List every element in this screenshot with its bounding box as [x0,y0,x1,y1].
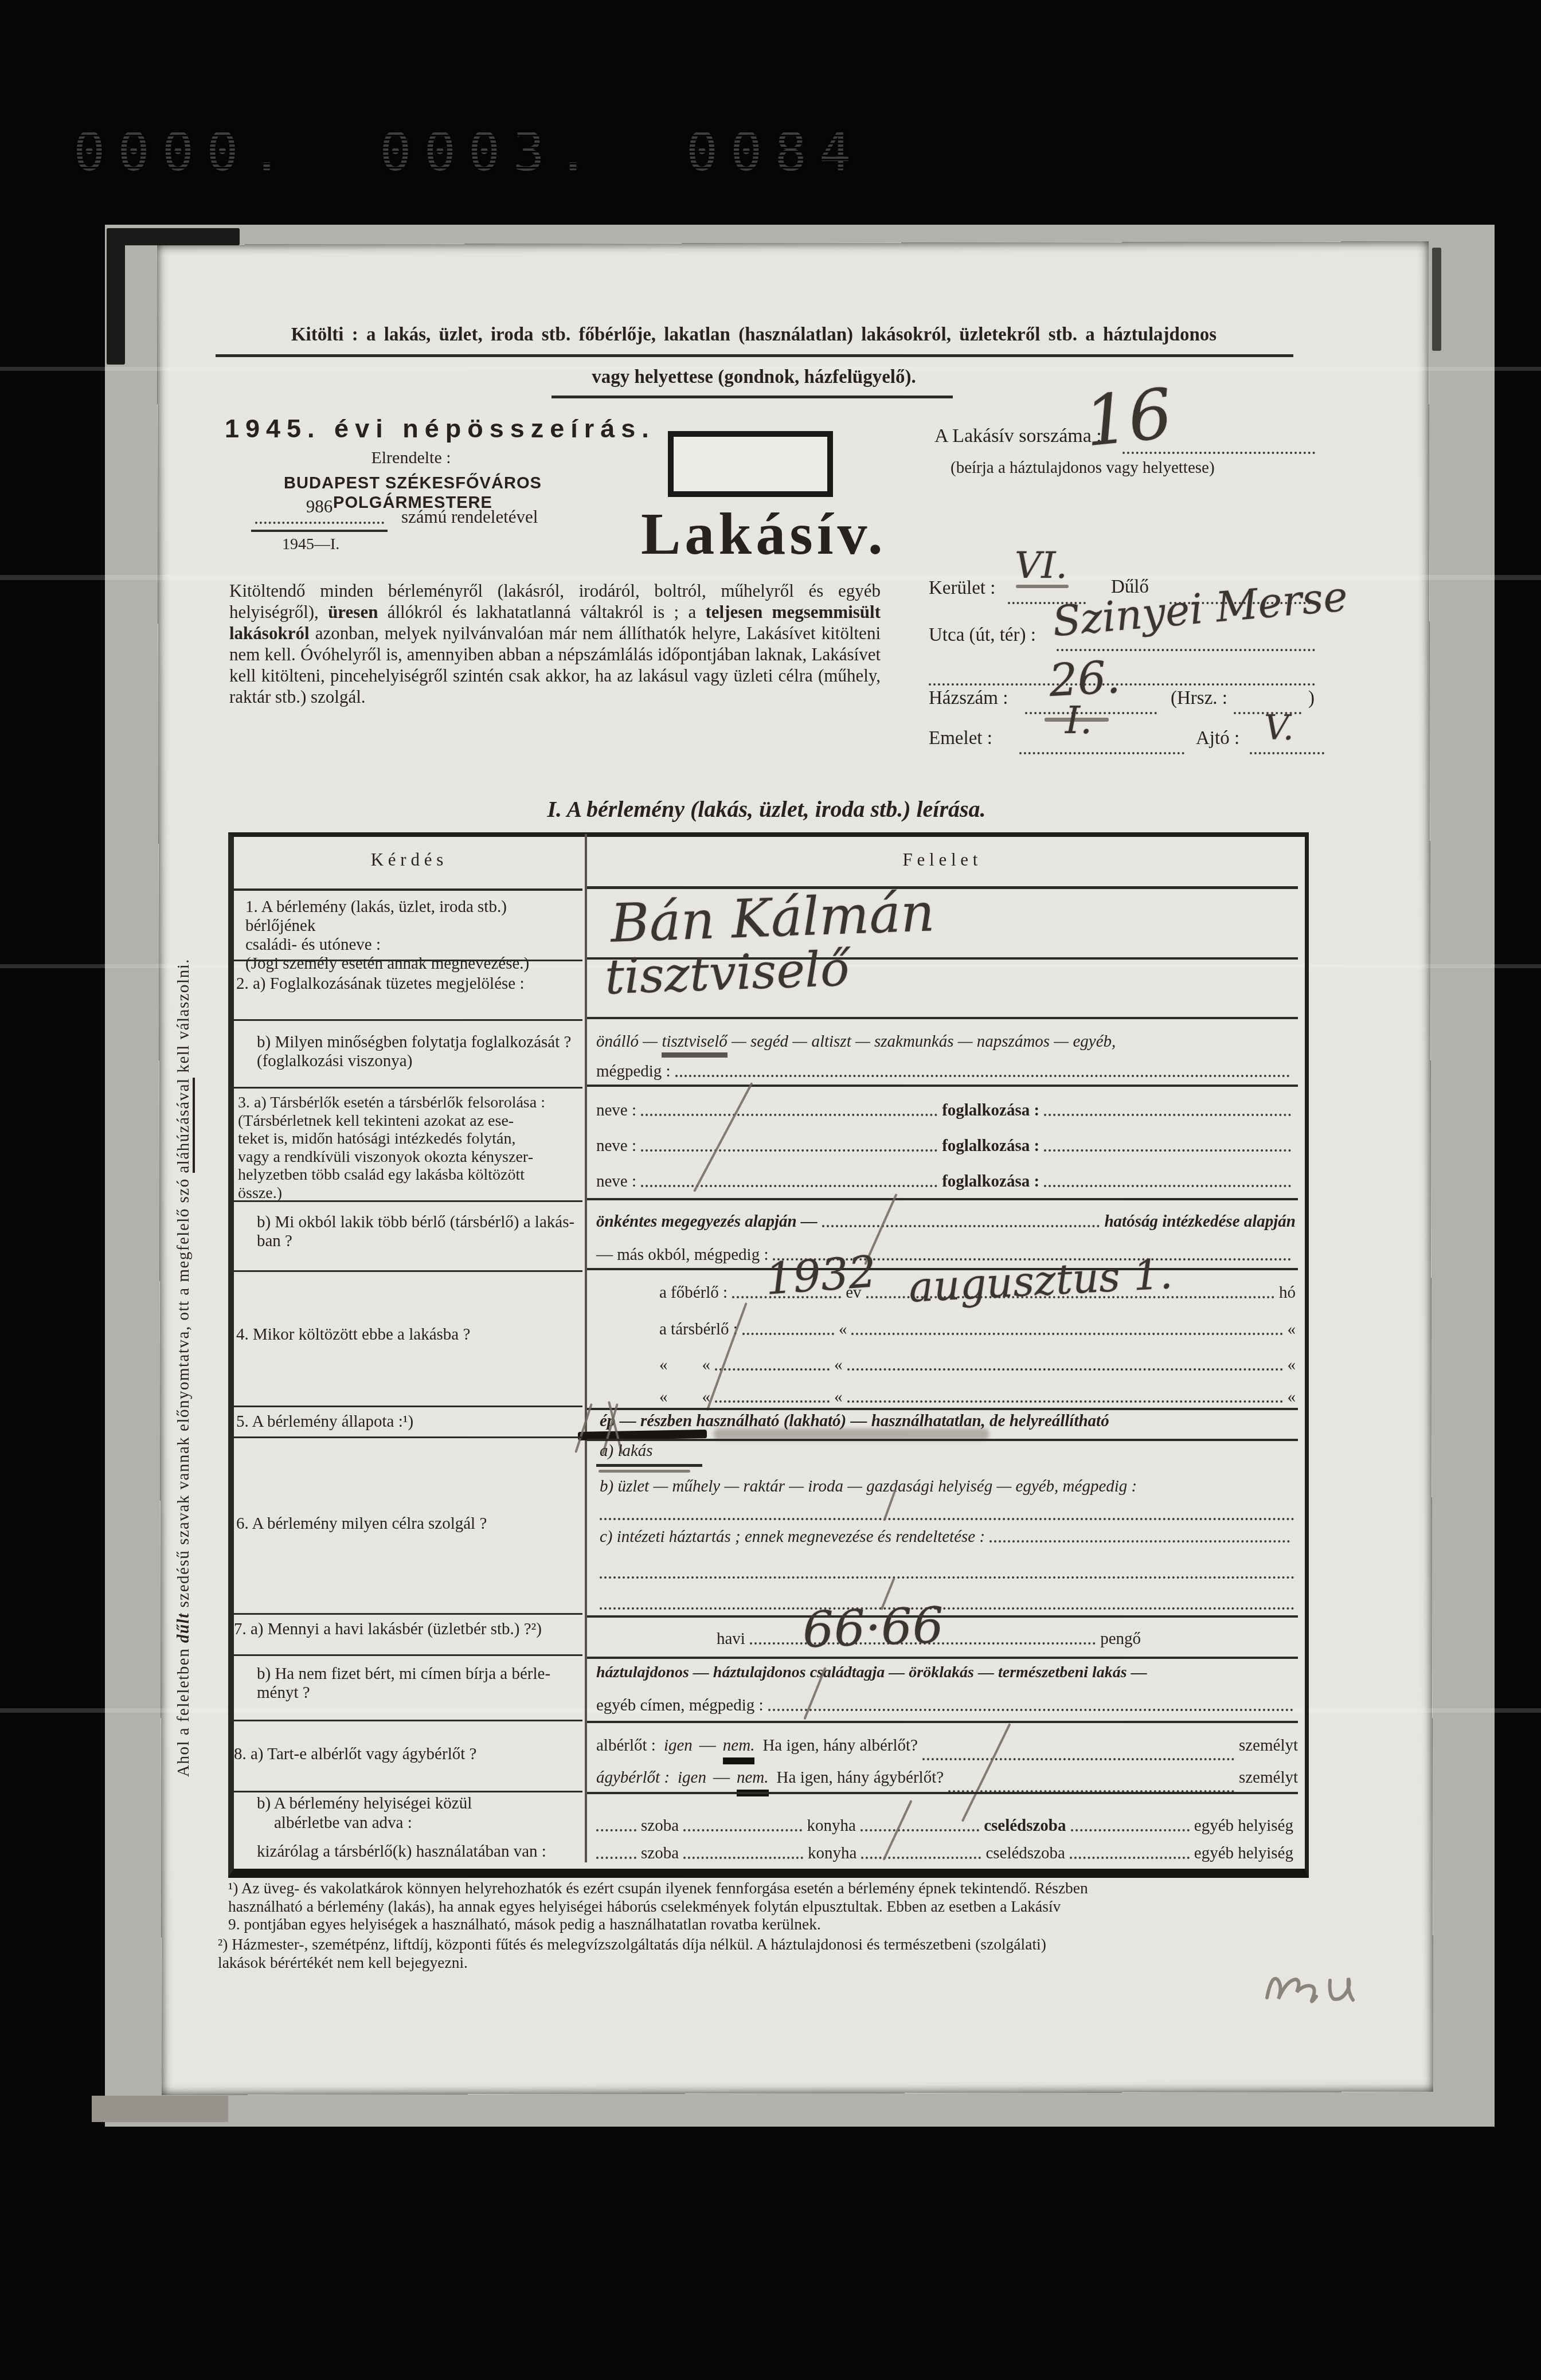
intro-bold-uresen: üresen [328,602,378,622]
instruction-line-1: Kitölti : a lakás, üzlet, iroda stb. főb… [212,324,1296,346]
table-rule [587,1657,1298,1659]
q8b-line2: albérletbe van adva : [274,1814,584,1833]
q3b-reason-multiple-tenants: b) Mi okból lakik több bérlő (társbérlő)… [257,1213,584,1251]
intro-text: azonban, melyek nyilvánvalóan már nem ál… [229,623,881,707]
a4-cotenant-row-1: a társbérlő :«« [659,1320,1296,1339]
a5-option-unusable: használhatatlan, de helyreállítható [871,1412,1109,1430]
table-rule [587,1017,1298,1019]
a8b-cotenant-rooms-row: szobakonyhacselédszobaegyéb helyiség [596,1843,1293,1863]
a6-lakas-underline [596,1464,702,1467]
a2b-megpedig-label: mégpedig : [596,1062,671,1081]
district-underline-pencil [1016,585,1069,588]
a4-cotenant-row-2: «««« [659,1355,1296,1375]
instruction-underline-2 [552,396,953,398]
a8a-subtenant-row: albérlőt :igen—nem.Ha igen, hány albérlő… [596,1736,1298,1764]
dotted-fill [1071,1828,1190,1831]
a8b-konyha: konyha [808,1843,856,1863]
dotted-fill [675,1074,1290,1077]
a8b-sublet-rooms-row: szobakonyhacselédszobaegyéb helyiség [596,1816,1293,1835]
intro-text: állókról és lakhatatlanná váltakról is ;… [378,602,705,622]
a5-dash: — [850,1412,867,1430]
a2a-occupation-handwritten: tisztviselő [604,941,850,1005]
a8a-dash: — [699,1736,716,1755]
corner-mark-vertical [107,228,125,365]
table-rule [230,1270,582,1272]
hrsz-label: (Hrsz. : [1171,688,1227,709]
side-note-text: Ahol a feleletben [174,1643,193,1777]
decree-dotted-line [255,522,384,524]
a7a-havi-label: havi [717,1629,745,1649]
name-label: neve : [596,1172,636,1191]
table-rule [587,886,1298,889]
dotted-fill [989,1539,1290,1543]
footnote-1: ¹) Az üveg- és vakolatkárok könnyen hely… [228,1879,1332,1933]
q3a-cotenants: 3. a) Társbérlők esetén a társbérlők fel… [238,1094,577,1202]
a7a-pengo-label: pengő [1100,1629,1141,1649]
a7b-options: háztulajdonos — háztulajdonos családtagj… [596,1663,1298,1682]
ditto-mark: « [702,1355,711,1375]
ditto-mark: « [839,1320,847,1339]
ditto-mark: « [659,1387,668,1407]
a2b-option-text: önálló — [596,1032,662,1051]
decree-number: 986 [259,496,380,517]
serial-label: A Lakásív sorszáma : [934,425,1102,447]
a8a-igen: igen [678,1768,706,1787]
district-label: Kerület : [929,578,995,599]
a4-cotenant-label: a társbérlő : [659,1320,738,1339]
table-header-question: K é r d é s [247,850,568,870]
a3b-options-row: önkéntes megegyezés alapján —hatóság int… [596,1212,1296,1231]
a7b-other-label: egyéb címen, mégpedig : [596,1696,764,1715]
dotted-fill [861,1828,979,1831]
decree-label: számú rendeletével [401,507,538,527]
dotted-fill [1070,1856,1190,1859]
table-rule [587,1085,1298,1087]
a8a-person-label: személyt [1239,1768,1298,1787]
intro-paragraph: Kitöltendő minden bérleményről (lakásról… [229,580,881,707]
pencil-smudge-underline [714,1428,989,1440]
a2b-megpedig-row: mégpedig : [596,1062,1294,1081]
a7b-other-row: egyéb címen, mégpedig : [596,1696,1298,1715]
a5-options: ép — részben használható (lakható) — has… [600,1411,1298,1431]
dotted-fill [768,1708,1293,1711]
form-title: Lakásív. [641,500,887,568]
street-label: Utca (út, tér) : [929,625,1036,646]
a3a-cotenant-row-1: neve :foglalkozása : [596,1101,1296,1120]
floor-value-handwritten: I. [1065,698,1092,742]
q2b-occupation-status: b) Milyen minőségben folytatja foglalkoz… [257,1033,581,1071]
a8b-egyeb-helyiseg: egyéb helyiség [1194,1816,1293,1835]
ditto-mark: « [1288,1355,1296,1375]
table-rule [587,1439,1298,1441]
a8b-egyeb-helyiseg: egyéb helyiség [1194,1843,1293,1863]
dotted-fill [596,1828,636,1831]
a6-option-b: b) üzlet — műhely — raktár — iroda — gaz… [600,1477,1298,1496]
a8b-szoba: szoba [641,1843,679,1863]
dotted-fill [851,1332,1282,1335]
a2b-selected-tisztviselo: tisztviselő [662,1032,727,1058]
dotted-fill [822,1224,1100,1227]
street-continuation-dotted [929,683,1315,686]
ditto-mark: « [1288,1387,1296,1407]
a2b-option-text: — segéd — altiszt — szakmunkás — napszám… [728,1032,1116,1051]
a8a-dash: — [713,1768,730,1787]
table-rule [587,1198,1298,1200]
door-label: Ajtó : [1196,728,1239,749]
dotted-fill [641,1148,937,1152]
q8b-line1: b) A bérlemény helyiségei közül [257,1794,584,1813]
side-note-text: szedésű szavak vannak előnyomtatva, ott … [174,1173,193,1613]
a4-year-handwritten: 1932 [764,1246,878,1304]
ditto-mark: « [1288,1320,1296,1339]
dotted-fill [641,1184,937,1187]
a3b-option-authority: hatóság intézkedése alapján [1104,1212,1296,1231]
a5-option-partly-usable: részben használható (lakható) [640,1412,846,1430]
dotted-fill [847,1367,1283,1371]
house-number-label: Házszám : [929,688,1008,709]
table-rule [230,960,582,961]
a6-option-c-row: c) intézeti háztartás ; ennek megnevezés… [600,1527,1294,1547]
dotted-fill [922,1757,1234,1760]
a8b-cseledszoba: cselédszoba [984,1816,1066,1835]
a8a-igen: igen [664,1736,693,1755]
table-rule [230,1654,582,1656]
table-rule [587,1408,1298,1410]
table-rule [587,1792,1298,1794]
census-title: 1945. évi népösszeírás. [225,414,655,444]
dotted-fill [683,1828,802,1831]
street-dotted [1057,649,1315,651]
dotted-fill [742,1332,834,1335]
dotted-fill [715,1399,830,1403]
a6-option-a-lakas: a) lakás [600,1441,653,1461]
empty-stamp-box [668,431,833,497]
table-rule [230,1019,582,1021]
a8a-agyberlot-label: ágybérlőt : [596,1768,670,1787]
table-rule [230,1200,582,1202]
table-rule [230,1087,582,1089]
a4-main-label: a főbérlő : [659,1283,728,1302]
instruction-underline-1 [216,354,1293,357]
serial-value-handwritten: 16 [1081,374,1176,462]
scanned-census-form-page: 0000. 0003. 0084 Kitölti : a lakás, üzle… [0,0,1541,2380]
dotted-fill [1044,1184,1291,1187]
dotted-fill [847,1399,1283,1403]
occupation-label: foglalkozása : [942,1101,1039,1120]
table-rule [230,1406,582,1407]
ditto-mark: « [834,1387,843,1407]
table-rule [230,888,582,891]
a3b-other-label: — más okból, mégpedig : [596,1245,768,1265]
decree-year: 1945—I. [282,535,339,554]
dotted-fill [1044,1148,1291,1152]
a4-cotenant-row-3: «««« [659,1387,1296,1407]
dotted-fill [641,1113,937,1116]
hrsz-close: ) [1308,688,1315,709]
floor-dotted [1019,752,1184,754]
a8a-alberlot-label: albérlőt : [596,1736,656,1755]
a6-dotted-line [600,1607,1294,1610]
door-dotted [1250,752,1324,754]
q4-move-in-date: 4. Mikor költözött ebbe a lakásba ? [236,1325,578,1344]
a6-option-c: c) intézeti háztartás ; ennek megnevezés… [600,1527,985,1547]
a8a-how-many: Ha igen, hány ágybérlőt? [777,1768,944,1787]
ordered-by-label: Elrendelte : [225,448,597,468]
decree-solid-line [251,530,388,532]
side-note-vertical: Ahol a feleletben dűlt szedésű szavak va… [174,848,193,1887]
table-rule [230,1613,582,1615]
serial-note: (beírja a háztulajdonos vagy helyettese) [951,459,1215,477]
microfilm-frame-number: 0000. 0003. 0084 [73,122,863,183]
pencil-squiggle [1261,1963,1399,2015]
footnote-2: ²) Házmester-, szemétpénz, liftdíj, közp… [218,1935,1332,1971]
occupation-label: foglalkozása : [942,1172,1039,1191]
table-rule [230,1791,582,1792]
a2b-options: önálló — tisztviselő — segéd — altiszt —… [596,1032,1294,1051]
dotted-fill [861,1856,981,1859]
side-note-text: kell válaszolni. [174,958,193,1078]
occupation-label: foglalkozása : [942,1136,1039,1156]
section-title: I. A bérlemény (lakás, üzlet, iroda stb.… [385,796,1148,823]
q8b-line3: kizárólag a társbérlő(k) használatában v… [257,1842,586,1861]
side-note-italic-dult: dűlt [174,1612,193,1643]
table-column-divider [585,834,587,1862]
name-label: neve : [596,1136,636,1156]
q7a-monthly-rent: 7. a) Mennyi a havi lakásbér (üzletbér s… [234,1620,578,1639]
right-edge-mark [1432,248,1441,351]
dotted-fill [596,1856,636,1859]
dotted-fill [683,1856,803,1859]
q6-purpose: 6. A bérlemény milyen célra szolgál ? [236,1514,578,1533]
q2a-occupation: 2. a) Foglalkozásának tüzetes megjelölés… [236,974,578,993]
a8b-cseledszoba: cselédszoba [985,1843,1065,1863]
floor-label: Emelet : [929,728,992,749]
a8a-nem-underlined: nem. [723,1736,755,1764]
a7a-rent-handwritten: 66·66 [801,1597,945,1659]
a8a-person-label: személyt [1239,1736,1298,1755]
corner-mark-horizontal [109,228,240,245]
table-rule [230,1720,582,1721]
side-note-underlined-alahuzas: aláhúzásával [174,1078,195,1173]
dotted-fill [715,1367,830,1371]
q7b-rent-free-title: b) Ha nem fizet bért, mi címen bírja a b… [257,1665,584,1702]
district-value-handwritten: VI. [1015,545,1067,587]
a6-dotted-line [600,1576,1294,1579]
a3a-cotenant-row-2: neve :foglalkozása : [596,1136,1296,1156]
backing-sheet-edge [92,2096,228,2122]
a8a-how-many: Ha igen, hány albérlőt? [762,1736,918,1755]
a6-dotted-line [600,1518,1294,1520]
a6-lakas-pencil-underline [599,1470,690,1473]
table-header-answer: F e l e l e t [596,850,1284,870]
a8b-szoba: szoba [641,1816,679,1835]
door-value-handwritten: V. [1264,708,1294,748]
q8a-subtenants: 8. a) Tart-e albérlőt vagy ágybérlőt ? [234,1745,578,1764]
table-rule [587,1721,1298,1723]
ditto-mark: « [659,1355,668,1375]
a3b-option-voluntary: önkéntes megegyezés alapján — [596,1212,818,1231]
q1-tenant-name: 1. A bérlemény (lakás, üzlet, iroda stb.… [245,898,577,973]
a8b-konyha: konyha [807,1816,855,1835]
dotted-fill [1044,1113,1291,1116]
ditto-mark: « [834,1355,843,1375]
a4-month-label: hó [1279,1283,1296,1302]
a5-dash: — [620,1412,636,1430]
table-rule [230,1436,582,1438]
name-label: neve : [596,1101,636,1120]
q5-condition: 5. A bérlemény állapota :¹) [236,1412,578,1431]
